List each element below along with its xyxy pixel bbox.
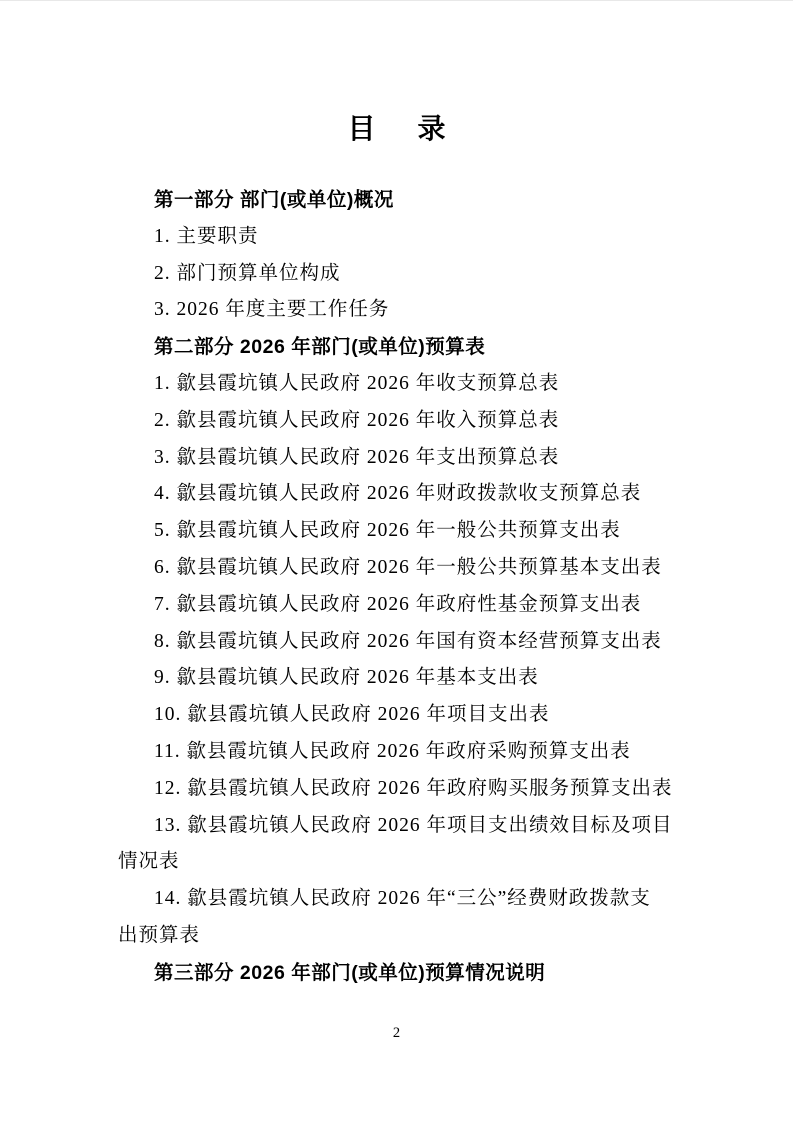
- document-page: 目 录 第一部分 部门(或单位)概况 1. 主要职责 2. 部门预算单位构成 3…: [0, 0, 793, 1122]
- toc-section-3-heading: 第三部分 2026 年部门(或单位)预算情况说明: [118, 955, 693, 992]
- toc-item: 11. 歙县霞坑镇人民政府 2026 年政府采购预算支出表: [118, 734, 693, 771]
- toc-item: 13. 歙县霞坑镇人民政府 2026 年项目支出绩效目标及项目 情况表: [118, 808, 693, 882]
- toc-item: 12. 歙县霞坑镇人民政府 2026 年政府购买服务预算支出表: [118, 771, 693, 808]
- toc-item: 6. 歙县霞坑镇人民政府 2026 年一般公共预算基本支出表: [118, 550, 693, 587]
- toc-item: 5. 歙县霞坑镇人民政府 2026 年一般公共预算支出表: [118, 513, 693, 550]
- toc-item: 10. 歙县霞坑镇人民政府 2026 年项目支出表: [118, 697, 693, 734]
- toc-item: 1. 主要职责: [118, 219, 693, 256]
- toc-item: 3. 2026 年度主要工作任务: [118, 292, 693, 329]
- toc-section-2-heading: 第二部分 2026 年部门(或单位)预算表: [118, 329, 693, 366]
- toc-item: 1. 歙县霞坑镇人民政府 2026 年收支预算总表: [118, 366, 693, 403]
- table-of-contents: 第一部分 部门(或单位)概况 1. 主要职责 2. 部门预算单位构成 3. 20…: [118, 182, 693, 992]
- toc-item: 2. 歙县霞坑镇人民政府 2026 年收入预算总表: [118, 403, 693, 440]
- toc-item: 2. 部门预算单位构成: [118, 256, 693, 293]
- toc-section-1-heading: 第一部分 部门(或单位)概况: [118, 182, 693, 219]
- toc-item: 14. 歙县霞坑镇人民政府 2026 年“三公”经费财政拨款支 出预算表: [118, 881, 693, 955]
- toc-item: 4. 歙县霞坑镇人民政府 2026 年财政拨款收支预算总表: [118, 476, 693, 513]
- toc-item: 3. 歙县霞坑镇人民政府 2026 年支出预算总表: [118, 440, 693, 477]
- toc-item: 8. 歙县霞坑镇人民政府 2026 年国有资本经营预算支出表: [118, 624, 693, 661]
- toc-item: 9. 歙县霞坑镇人民政府 2026 年基本支出表: [118, 660, 693, 697]
- page-title: 目 录: [0, 107, 793, 147]
- page-number: 2: [0, 1025, 793, 1042]
- toc-item: 7. 歙县霞坑镇人民政府 2026 年政府性基金预算支出表: [118, 587, 693, 624]
